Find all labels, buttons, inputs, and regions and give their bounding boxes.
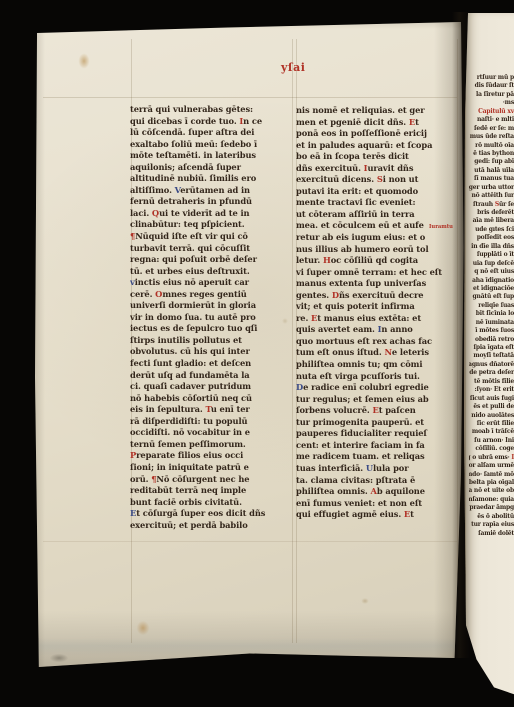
text-line: nus illius ab humero eorū tol [296,244,457,256]
text-line: ſtirps inutilis pollutus et [130,335,291,347]
text-line: ger urba uttor [469,184,514,192]
text-line: poſſedit eos [469,234,514,242]
text-line: ſioni; in iniquitate patrū e [130,462,291,474]
text-line: aīa mē libera [469,217,514,225]
text-line: philiſtea omnis tu; qm cōmi [296,359,457,371]
text-line: altiſſimo. Verūtamen ad in [130,185,291,197]
text-column-left: terrā qui vulnerabas gētes:qui dicebas ī… [130,104,291,534]
text-line: regna: qui poſuit orbē deſer [130,254,291,266]
text-line: tuas interficiā. Ulula por [296,463,457,475]
text-line: quo mortuus eſt rex achas fac [296,336,457,348]
text-line: naſti· e mlti [469,116,514,124]
text-line: quis avertet eam. In anno [296,324,457,336]
text-line: belta pia oīgal [469,479,514,487]
text-line: praedar āmpg [469,504,514,512]
text-line: qui dicebas ī corde tuo. In ce [130,116,291,128]
text-line: ¶Nūquid iſte eſt vir qui cō [130,231,291,243]
text-line: altitudinē nubiū. ſimilis ero [130,173,291,185]
text-line: gentes. Dñs exercituū decre [296,290,457,302]
text-line: ſu arnon· Ini [469,437,514,445]
text-line: nis nomē et reliquias. et ger [296,105,457,117]
text-line: re. Et manus eius extēta: et [296,313,457,325]
ruling-line [292,39,293,643]
text-line: bris deferēt [469,209,514,217]
text-line: nido auolātes [469,412,514,420]
text-line: enī fumus veniet: et non eſt [296,498,457,510]
text-line: exaltabo ſoliū meū: ſedebo ī [130,139,291,151]
text-line: Et cōſurgā ſuper eos dicit dñs [130,508,291,520]
text-line: putavi ita erit: et quomodo [296,186,457,198]
text-line: g o ubrā ems· I [469,454,514,462]
text-line: mdo· ſamtē mō [469,471,514,479]
text-line: ci. quaſi cadaver putridum [130,381,291,393]
text-line: obvolutus. cū his qui inter [130,346,291,358]
fore-edge-text: rtſuur mū pdis ſūdaur ſtla ſiretur pāms·… [469,74,514,538]
text-line: ſorbens volucrē. Et paſcen [296,405,457,417]
text-line: ſic erūt filie [469,420,514,428]
text-line: rtſuur mū p [469,74,514,82]
text-line: occidiſti. nō vocabitur in e [130,427,291,439]
text-line: ſicut auis fugi [469,395,514,403]
text-line: letur. Hoc cōſiliū qd cogita [296,255,457,267]
text-line: ta. clama civitas: pſtrata ē [296,475,457,487]
text-line: et īdignaciōe [469,285,514,293]
text-line: ēs et pulli de [469,403,514,411]
text-line: reditabūt terrā neq imple [130,485,291,497]
text-line: vinctis eius nō aperuit car [130,277,291,289]
text-line: aquilonis; aſcendā ſuper [130,162,291,174]
text-line: ſedē er ſe: m [469,125,514,133]
text-line: mus ūde reſta [469,133,514,141]
text-line: ponā eos in poſſeſſionē ericij [296,128,457,140]
text-line: terrā qui vulnerabas gētes: [130,104,291,116]
text-line: moyſi teſtatā [469,352,514,360]
text-line: lū cōſcendā. ſuper aſtra dei [130,127,291,139]
ruling-line [43,541,457,542]
text-line: bo eā in ſcopa terēs dicit [296,151,457,163]
text-line: tū. et urbes eius deſtruxit. [130,266,291,278]
text-line: men et pgeniē dicit dñs. Et [296,117,457,129]
text-line: exercituū; et perdā babilo [130,520,291,532]
text-line: cerē. Omnes reges gentiū [130,289,291,301]
text-line: univerſi dormierūt in gloria [130,300,291,312]
text-column-right: nis nomē et reliquias. et germen et pgen… [296,105,457,523]
text-line: orū. ¶Nō cōſurgent nec he [130,474,291,486]
manuscript-page: yſai terrā qui vulnerabas gētes:qui dice… [35,21,464,669]
text-line: vi ſuper omnē terram: et hec eſt [296,267,457,279]
running-header: yſai [281,61,305,74]
text-line: ī mōtes ſuos [469,327,514,335]
text-line: philiſtea omnis. Ab aquilone [296,486,457,498]
text-line: ſtrauh Sūr ſe [469,201,514,209]
text-line: retur ab eis iugum eius: et o [296,232,457,244]
text-line: pauperes fiducialiter requieſ [296,428,457,440]
text-line: ē tias bython [469,150,514,158]
text-line: ēs ō abolitū [469,513,514,521]
text-line: laci. Qui te viderīt ad te in [130,208,291,220]
text-line: eis in ſepultura. Tu enī ter [130,404,291,416]
text-line: tur primogenita pauperū. et [296,417,457,429]
text-line: ms· [469,99,514,107]
text-line: obediā retro [469,336,514,344]
text-line: de petra deſer [469,369,514,377]
text-line: dis ſūdaur ſt [469,82,514,90]
text-line: vir in domo ſua. tu autē pro [130,312,291,324]
text-line: mōte teſtamēti. in lateribus [130,150,291,162]
text-line: tum eſt onus iſtud. Ne leteris [296,347,457,359]
text-line: tē mōtis filie [469,378,514,386]
text-line: agnus dñatorē [469,361,514,369]
text-line: manus extenta ſup univerſas [296,278,457,290]
text-line: turbavit terrā. qui cōcuſſit [130,243,291,255]
text-line: ſī manus tua [469,175,514,183]
text-line: bunt faciē orbis civitatū. [130,497,291,509]
text-line: tur rapīa eius [469,521,514,529]
text-line: nuta eſt virga pcuſſoris tui. [296,371,457,383]
text-line: bīt ſicīnia lo [469,310,514,318]
text-line: me radicem tuam. et reliqas [296,451,457,463]
ruling-line [43,97,457,98]
text-line: ſpia īgata eſt [469,344,514,352]
text-line: gnātū eſt ſup [469,293,514,301]
text-line: ſupplāti o īt [469,251,514,259]
text-line: rō multō oīa [469,142,514,150]
photo-background: yſai terrā qui vulnerabas gētes:qui dice… [0,0,514,707]
text-line: fernū detraheris in pfundū [130,196,291,208]
text-line: vit; et quis poterit infirma [296,301,457,313]
text-line: De radice enī colubri egredie [296,382,457,394]
text-line: moab ī trāſcē [469,428,514,436]
text-line: nē īuminata [469,319,514,327]
text-line: ſyon· Et erit: [469,386,514,394]
text-line: rā diſperdidiſti: tu populū [130,416,291,428]
text-line: or alſam urmē [469,462,514,470]
text-line: īa nō et uite ob [469,487,514,495]
text-line: exercituū dicens. Si non ut [296,174,457,186]
text-line: et in paludes aquarū: et ſcopa [296,140,457,152]
text-line: ut cōteram aſſiriū in terra [296,209,457,221]
text-line: q nō eſt uius [469,268,514,276]
text-line: in dīe illa dñs [469,243,514,251]
text-line: reliqīe ſuas [469,302,514,310]
text-line: aha īdignatio [469,277,514,285]
text-line: gedi: ſup abī [469,158,514,166]
text-line: ternū ſemen peſſimorum. [130,439,291,451]
text-line: Capitulū xv [469,108,514,116]
text-line: cent: et interire faciam in fa [296,440,457,452]
text-line: derūt uſq ad fundamēta la [130,370,291,382]
text-line: la ſiretur pā [469,91,514,99]
text-line: uia ſup deſcē [469,260,514,268]
text-line: nō attēith ſur [469,192,514,200]
fore-edge-page: rtſuur mū pdis ſūdaur ſtla ſiretur pāms·… [464,13,514,697]
text-line: tur regulus; et ſemen eius ab [296,394,457,406]
text-line: dñs exercituū. Iuravit dñs [296,163,457,175]
text-line: ude gıtes ſci [469,226,514,234]
text-line: mente tractavi ſic eveniet: [296,197,457,209]
text-line: Preparate filios eius occi [130,450,291,462]
text-line: clinabūtur: teq pſpicient. [130,219,291,231]
text-line: mſamone: quia [469,496,514,504]
text-line: cōſiliū. coge [469,445,514,453]
text-line: fecti ſunt gladio: et deſcen [130,358,291,370]
text-line: nō habebis cōſortiū neq cū [130,393,291,405]
text-line: utā halā uīla [469,167,514,175]
text-line: iectus es de ſepulcro tuo qſi [130,323,291,335]
text-line: ſamiē dolēt [469,530,514,538]
text-line: qui effugiet agmē eius. Et [296,509,457,521]
